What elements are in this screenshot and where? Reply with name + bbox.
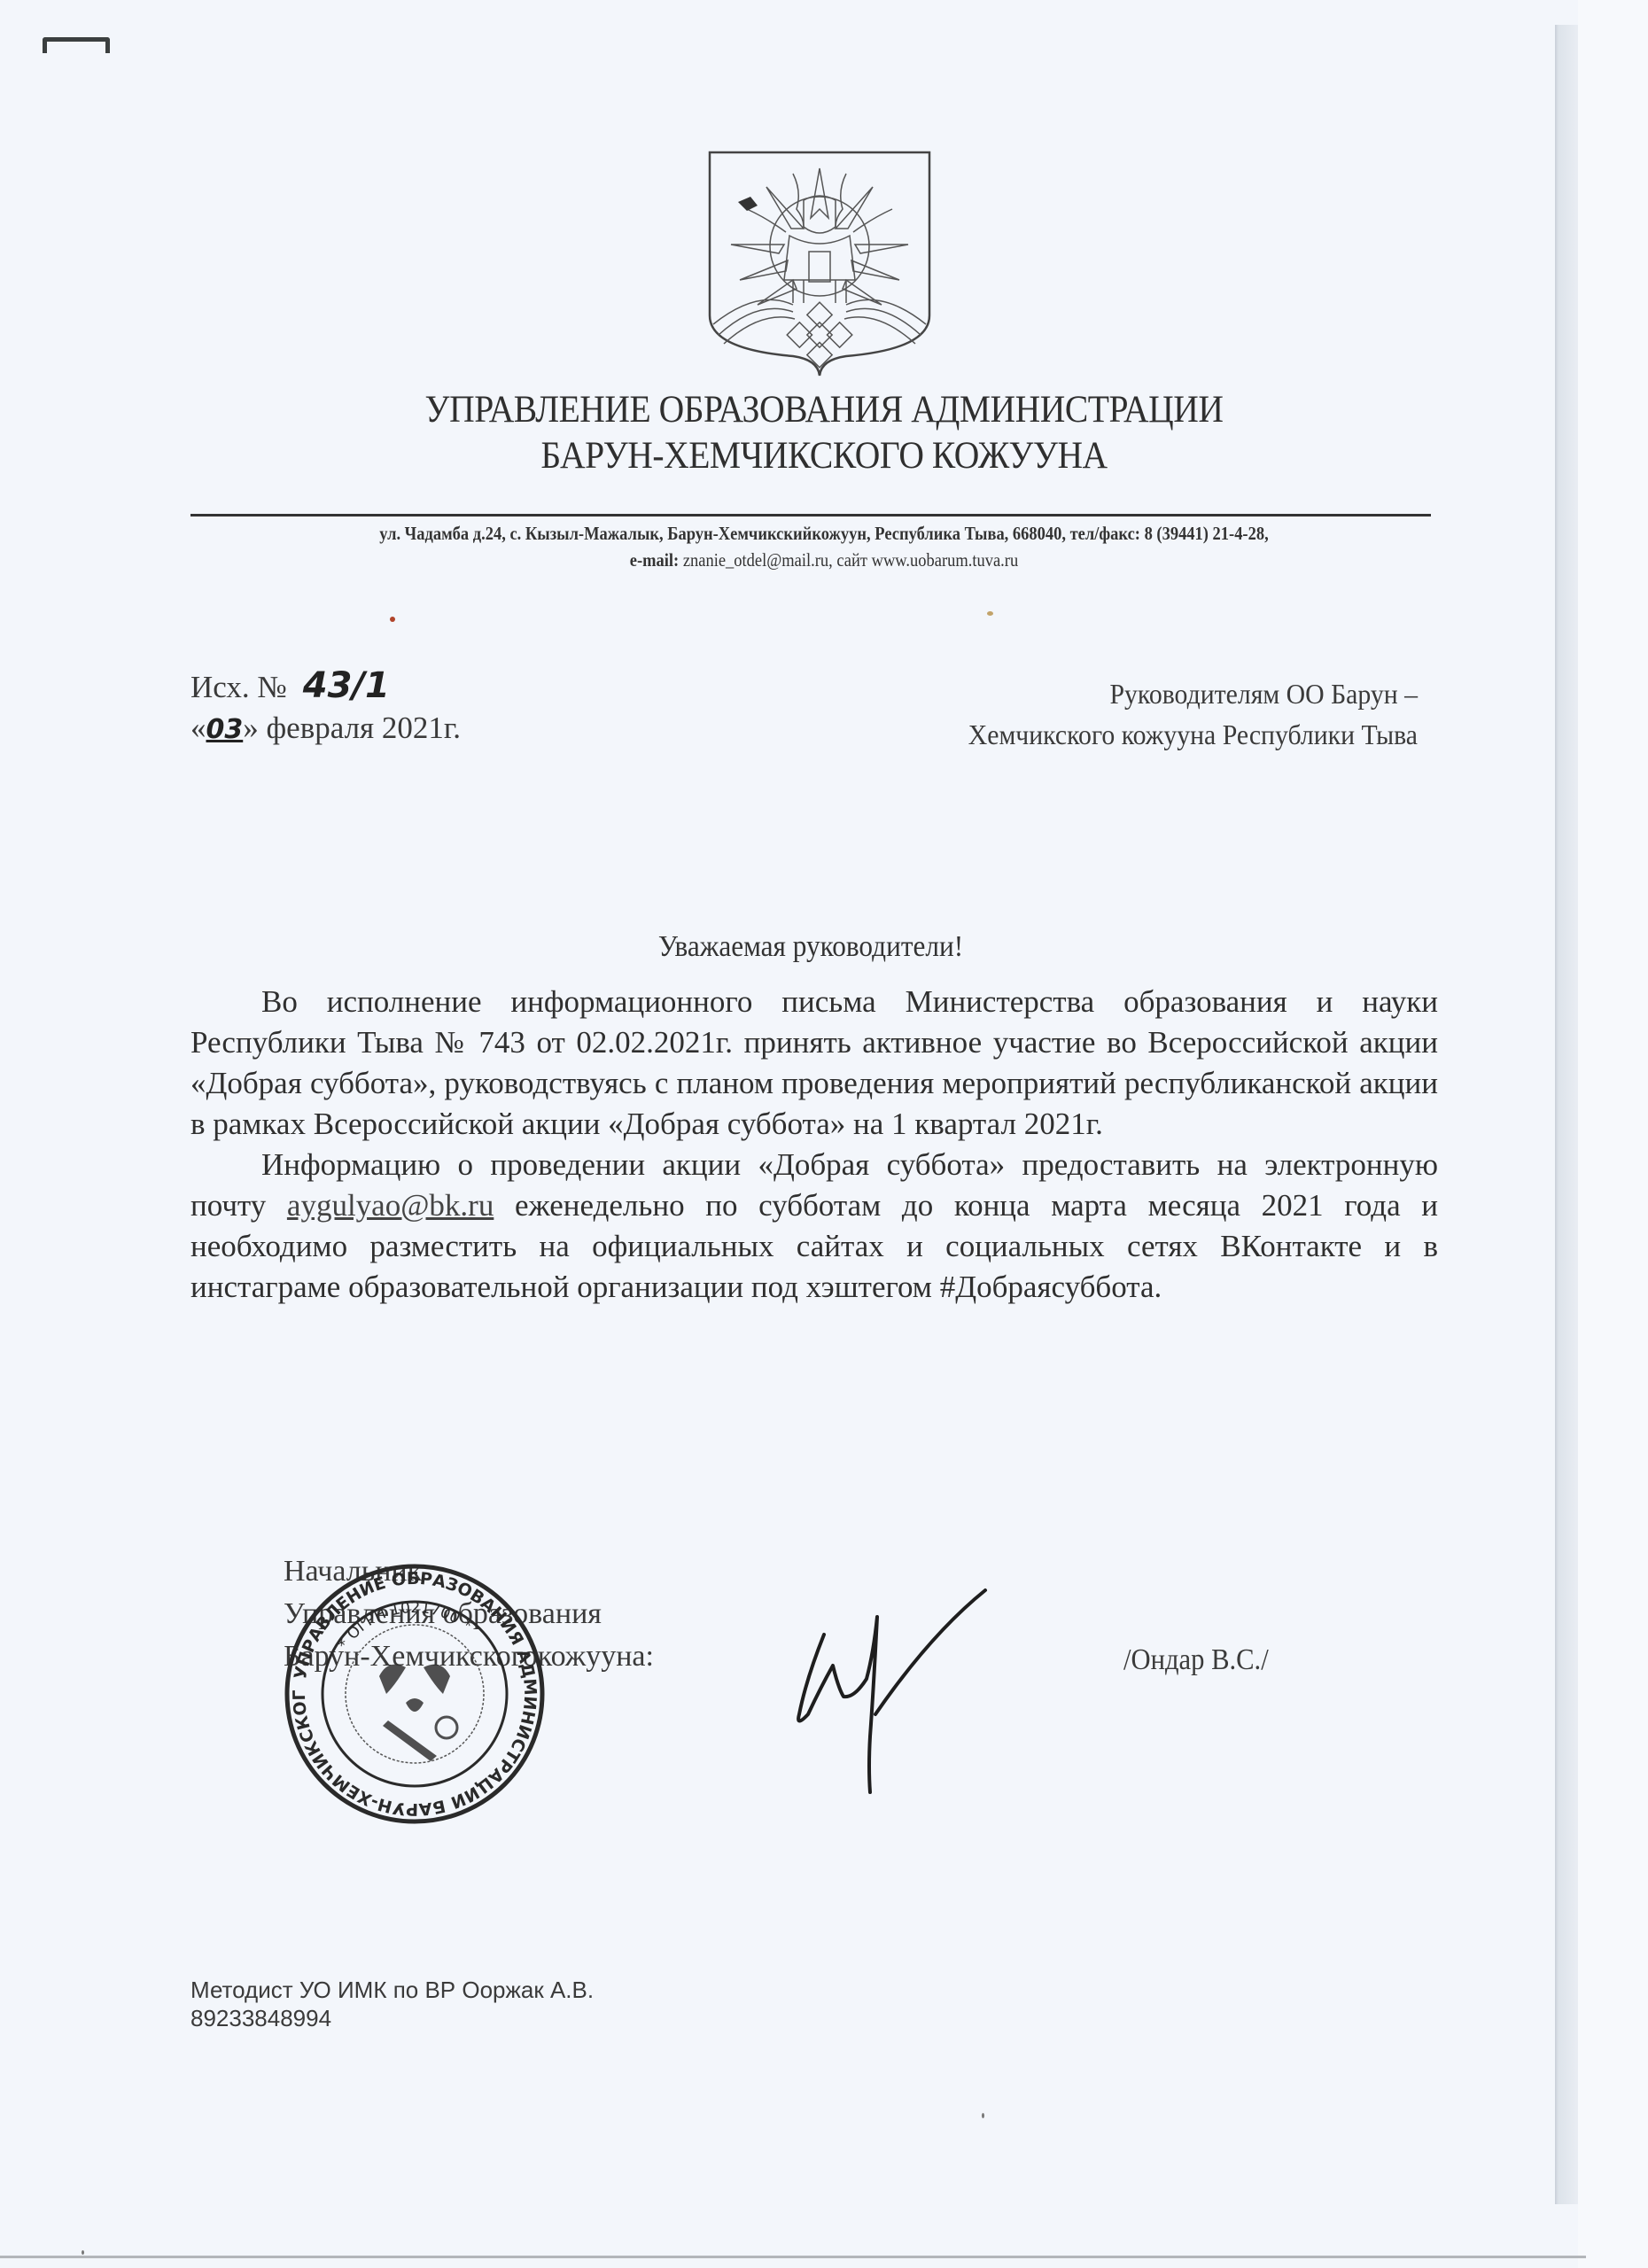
contact-person: Методист УО ИМК по ВР Ооржак А.В. (190, 1976, 594, 2004)
coat-of-arms-icon (704, 147, 935, 379)
contact-footer: Методист УО ИМК по ВР Ооржак А.В. 892338… (190, 1976, 594, 2032)
scanned-letter-page: УПРАВЛЕНИЕ ОБРАЗОВАНИЯ АДМИНИСТРАЦИИ БАР… (0, 0, 1648, 2268)
organization-website[interactable]: www.uobarum.tuva.ru (872, 549, 1019, 571)
outgoing-number-value: 43/1 (303, 665, 390, 706)
scan-speck (982, 2113, 984, 2118)
letter-date: «03» февраля 2021г. (190, 709, 461, 750)
salutation: Уважаемая руководители! (240, 930, 1381, 964)
outgoing-number: Исх. №43/1 (190, 666, 390, 707)
handwritten-signature-icon (789, 1581, 1037, 1794)
organization-title-line1: УПРАВЛЕНИЕ ОБРАЗОВАНИЯ АДМИНИСТРАЦИИ (310, 388, 1337, 432)
official-seal-icon: УПРАВЛЕНИЕ ОБРАЗОВАНИЯ АДМИНИСТРАЦИИ БАР… (282, 1561, 548, 1827)
date-day: 03 (206, 714, 244, 745)
letter-body: Во исполнение информационного письма Мин… (190, 982, 1438, 1308)
addressee-line2: Хемчикского кожууна Республики Тыва (874, 714, 1418, 755)
addressee: Руководителям ОО Барун – Хемчикского кож… (874, 673, 1418, 755)
scan-shadow-edge (1555, 25, 1578, 2204)
organization-address: ул. Чадамба д.24, с. Кызыл-Мажалык, Бару… (216, 521, 1433, 546)
scan-bottom-edge (0, 2256, 1586, 2258)
header-divider (190, 514, 1431, 517)
organization-title-line2: БАРУН-ХЕМЧИКСКОГО КОЖУУНА (310, 434, 1337, 478)
report-email-link[interactable]: aygulyao@bk.ru (287, 1188, 494, 1223)
scan-speck (987, 611, 993, 616)
body-paragraph-2: Информацию о проведении акции «Добрая су… (190, 1145, 1438, 1308)
scan-margin (1578, 0, 1648, 2268)
scan-speck (390, 617, 395, 622)
body-paragraph-1: Во исполнение информационного письма Мин… (190, 982, 1438, 1145)
organization-email[interactable]: znanie_otdel@mail.ru, (683, 549, 833, 571)
addressee-line1: Руководителям ОО Барун – (874, 673, 1418, 714)
date-month-year: » февраля 2021г. (243, 711, 461, 745)
email-label: e-mail: (630, 549, 679, 571)
contact-phone: 89233848994 (190, 2004, 594, 2032)
scan-speck (82, 2250, 84, 2255)
staple-icon (43, 37, 110, 53)
signer-name: /Ондар В.С./ (1123, 1643, 1269, 1677)
outgoing-number-label: Исх. № (190, 670, 287, 704)
site-label: сайт (836, 549, 867, 571)
date-quote-open: « (190, 711, 206, 745)
organization-contacts: e-mail: znanie_otdel@mail.ru, сайт www.u… (216, 548, 1433, 572)
